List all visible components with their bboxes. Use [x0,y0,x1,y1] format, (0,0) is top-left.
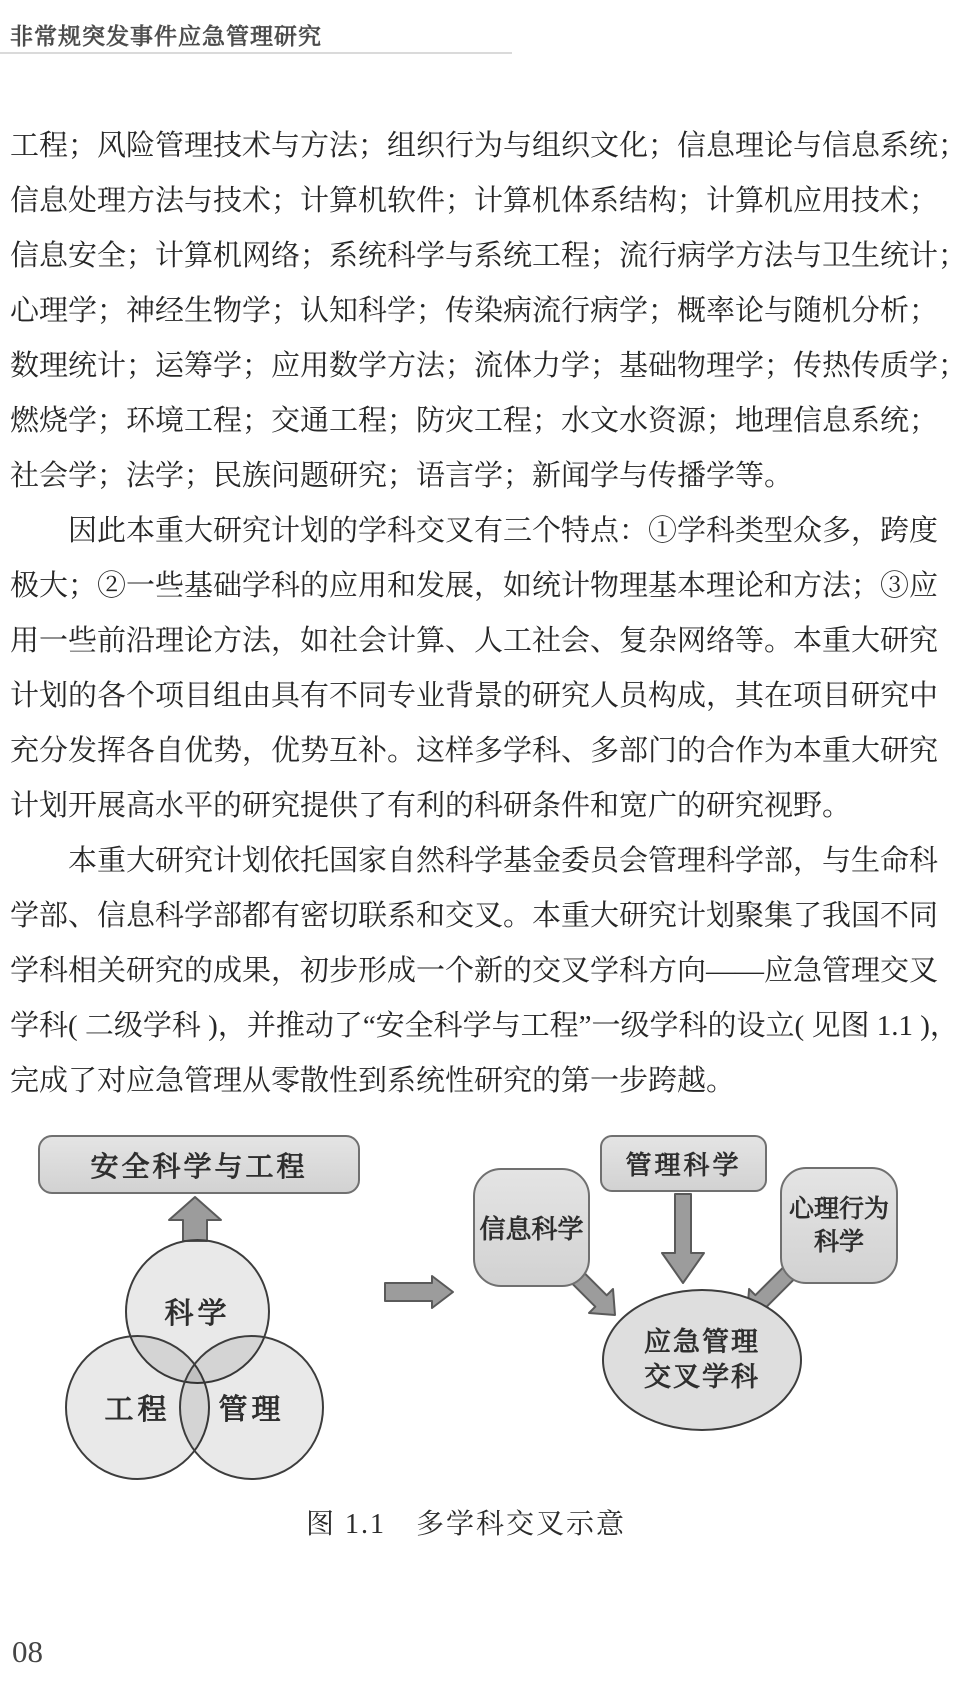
text-line: 计划的各个项目组由具有不同专业背景的研究人员构成，其在项目研究中 [10,669,968,724]
right-block-arrow-icon [385,1276,453,1308]
down-block-arrow-icon [662,1194,704,1283]
text-line: 社会学；法学；民族问题研究；语言学；新闻学与传播学等。 [10,449,968,504]
text-line: 燃烧学；环境工程；交通工程；防灾工程；水文水资源；地理信息系统； [10,394,968,449]
header-rule [0,52,512,54]
figure-caption: 图 1.1 多学科交叉示意 [0,1502,932,1542]
text-line: 数理统计；运筹学；应用数学方法；流体力学；基础物理学；传热传质学； [10,339,968,394]
text-line: 极大；②一些基础学科的应用和发展，如统计物理基本理论和方法；③应 [10,559,968,614]
up-block-arrow-icon [169,1197,221,1241]
information-science-box: 信息科学 [473,1168,590,1287]
book-page: 非常规突发事件应急管理研究 工程；风险管理技术与方法；组织行为与组织文化；信息理… [0,0,977,1697]
text-line: 工程；风险管理技术与方法；组织行为与组织文化；信息理论与信息系统； [10,119,968,174]
management-circle: 管理 [179,1335,324,1480]
text-line: 完成了对应急管理从零散性到系统性研究的第一步跨越。 [10,1054,968,1109]
text-line: 学科相关研究的成果，初步形成一个新的交叉学科方向——应急管理交叉 [10,944,968,999]
emergency-management-interdiscipline-ellipse: 应急管理 交叉学科 [602,1289,802,1431]
text-line: 学科( 二级学科 )，并推动了“安全科学与工程”一级学科的设立( 见图 1.1 … [10,999,968,1054]
running-header-title: 非常规突发事件应急管理研究 [10,18,322,51]
text-line: 学部、信息科学部都有密切联系和交叉。本重大研究计划聚集了我国不同 [10,889,968,944]
text-line: 心理学；神经生物学；认知科学；传染病流行病学；概率论与随机分析； [10,284,968,339]
management-science-box: 管理科学 [600,1135,767,1192]
text-line: 本重大研究计划依托国家自然科学基金委员会管理科学部，与生命科 [10,834,968,889]
text-line: 因此本重大研究计划的学科交叉有三个特点：①学科类型众多，跨度 [10,504,968,559]
body-text: 工程；风险管理技术与方法；组织行为与组织文化；信息理论与信息系统； 信息处理方法… [10,119,968,1109]
page-number: 08 [12,1634,43,1670]
text-line: 用一些前沿理论方法，如社会计算、人工社会、复杂网络等。本重大研究 [10,614,968,669]
text-line: 充分发挥各自优势，优势互补。这样多学科、多部门的合作为本重大研究 [10,724,968,779]
psychology-behavior-science-box: 心理行为 科学 [780,1167,898,1284]
text-line: 计划开展高水平的研究提供了有利的科研条件和宽广的研究视野。 [10,779,968,834]
safety-science-engineering-box: 安全科学与工程 [38,1135,360,1194]
text-line: 信息安全；计算机网络；系统科学与系统工程；流行病学方法与卫生统计； [10,229,968,284]
text-line: 信息处理方法与技术；计算机软件；计算机体系结构；计算机应用技术； [10,174,968,229]
